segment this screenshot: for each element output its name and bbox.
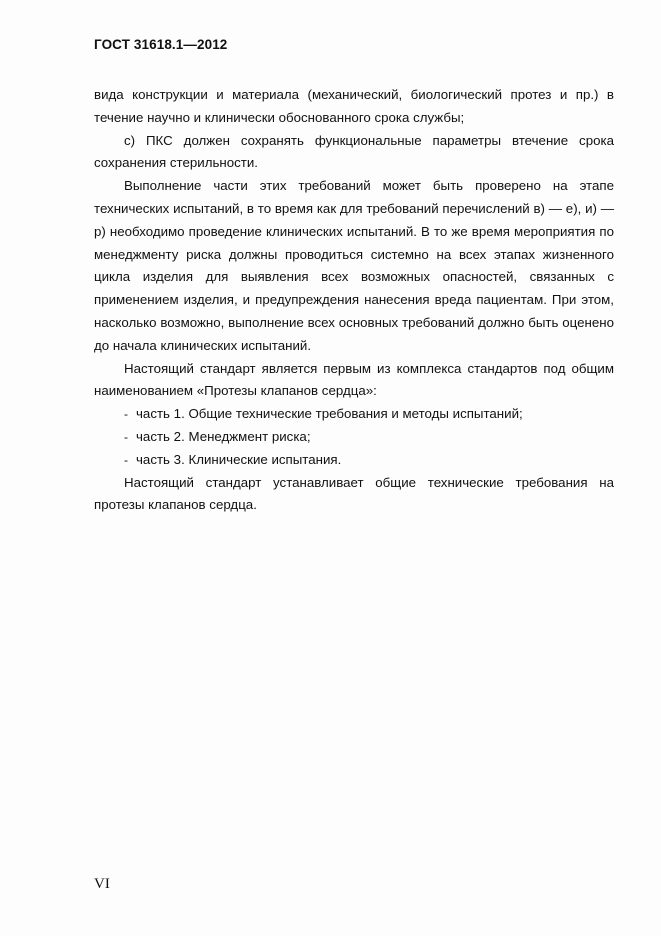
document-body: вида конструкции и материала (механическ… bbox=[94, 84, 614, 517]
page-number: VI bbox=[94, 876, 110, 893]
standards-parts-list: - часть 1. Общие технические требования … bbox=[94, 403, 614, 471]
list-item: - часть 1. Общие технические требования … bbox=[94, 403, 614, 426]
paragraph: Выполнение части этих требований может б… bbox=[94, 175, 614, 357]
list-item-text: часть 2. Менеджмент риска; bbox=[136, 426, 311, 449]
paragraph: вида конструкции и материала (механическ… bbox=[94, 84, 614, 130]
closing-paragraph: Настоящий стандарт устанавливает общие т… bbox=[94, 472, 614, 518]
dash-bullet: - bbox=[124, 403, 136, 426]
list-item-text: часть 3. Клинические испытания. bbox=[136, 449, 341, 472]
paragraph: с) ПКС должен сохранять функциональные п… bbox=[94, 130, 614, 176]
paragraph: Настоящий стандарт является первым из ко… bbox=[94, 358, 614, 404]
list-item: - часть 2. Менеджмент риска; bbox=[94, 426, 614, 449]
list-item-text: часть 1. Общие технические требования и … bbox=[136, 403, 523, 426]
list-item: - часть 3. Клинические испытания. bbox=[94, 449, 614, 472]
dash-bullet: - bbox=[124, 449, 136, 472]
document-header: ГОСТ 31618.1—2012 bbox=[94, 37, 227, 52]
dash-bullet: - bbox=[124, 426, 136, 449]
